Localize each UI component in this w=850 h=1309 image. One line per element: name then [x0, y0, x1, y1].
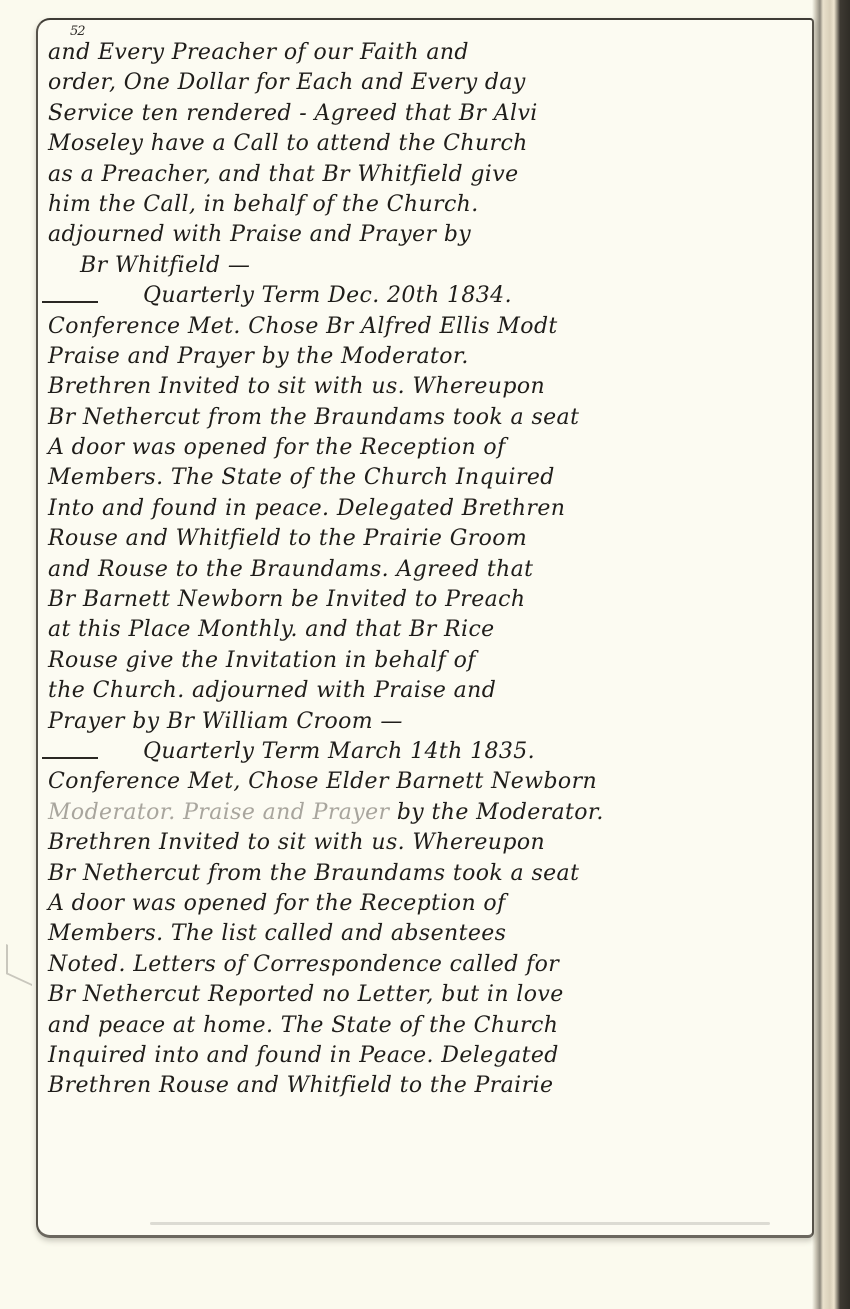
manuscript-line: Br Nethercut from the Braundams took a s…	[48, 403, 818, 433]
manuscript-line: Inquired into and found in Peace. Delega…	[48, 1041, 818, 1071]
manuscript-line: Members. The State of the Church Inquire…	[48, 463, 818, 493]
manuscript-line: Br Whitfield —	[48, 251, 818, 281]
page-number: 52	[70, 24, 85, 39]
manuscript-line: Into and found in peace. Delegated Breth…	[48, 494, 818, 524]
manuscript-line-mixed: Moderator. Praise and Prayer by the Mode…	[48, 798, 818, 828]
manuscript-text: and Every Preacher of our Faith and orde…	[48, 38, 818, 1102]
section-dash	[42, 757, 98, 759]
manuscript-line: A door was opened for the Reception of	[48, 433, 818, 463]
manuscript-line: Br Barnett Newborn be Invited to Preach	[48, 585, 818, 615]
manuscript-line: Praise and Prayer by the Moderator.	[48, 342, 818, 372]
manuscript-line: and Rouse to the Braundams. Agreed that	[48, 555, 818, 585]
entry-heading-mar-1835: Quarterly Term March 14th 1835.	[48, 737, 818, 767]
manuscript-line: Brethren Invited to sit with us. Whereup…	[48, 828, 818, 858]
manuscript-line: Prayer by Br William Croom —	[48, 707, 818, 737]
manuscript-line: and Every Preacher of our Faith and	[48, 38, 818, 68]
manuscript-line: Rouse and Whitfield to the Prairie Groom	[48, 524, 818, 554]
manuscript-line: Service ten rendered - Agreed that Br Al…	[48, 99, 818, 129]
manuscript-line: as a Preacher, and that Br Whitfield giv…	[48, 160, 818, 190]
manuscript-line: adjourned with Praise and Prayer by	[48, 220, 818, 250]
manuscript-line: Conference Met. Chose Br Alfred Ellis Mo…	[48, 312, 818, 342]
page-bottom-shadow	[150, 1222, 770, 1225]
manuscript-line: Conference Met, Chose Elder Barnett Newb…	[48, 767, 818, 797]
entry-heading-text: Quarterly Term Dec. 20th 1834.	[143, 283, 512, 308]
section-dash	[42, 301, 98, 303]
manuscript-line: him the Call, in behalf of the Church.	[48, 190, 818, 220]
manuscript-line: A door was opened for the Reception of	[48, 889, 818, 919]
manuscript-line: the Church. adjourned with Praise and	[48, 676, 818, 706]
manuscript-line: order, One Dollar for Each and Every day	[48, 68, 818, 98]
manuscript-line: Brethren Rouse and Whitfield to the Prai…	[48, 1071, 818, 1101]
manuscript-line: at this Place Monthly. and that Br Rice	[48, 615, 818, 645]
manuscript-line: Noted. Letters of Correspondence called …	[48, 950, 818, 980]
manuscript-line: Members. The list called and absentees	[48, 919, 818, 949]
manuscript-line: Rouse give the Invitation in behalf of	[48, 646, 818, 676]
manuscript-line: Br Nethercut from the Braundams took a s…	[48, 859, 818, 889]
manuscript-line: Brethren Invited to sit with us. Whereup…	[48, 372, 818, 402]
manuscript-line: Br Nethercut Reported no Letter, but in …	[48, 980, 818, 1010]
entry-heading-text: Quarterly Term March 14th 1835.	[143, 739, 535, 764]
faded-text: Moderator. Praise and Prayer	[48, 800, 397, 825]
manuscript-line: and peace at home. The State of the Chur…	[48, 1011, 818, 1041]
line-text: by the Moderator.	[397, 800, 604, 825]
manuscript-line: Moseley have a Call to attend the Church	[48, 129, 818, 159]
entry-heading-dec-1834: Quarterly Term Dec. 20th 1834.	[48, 281, 818, 311]
